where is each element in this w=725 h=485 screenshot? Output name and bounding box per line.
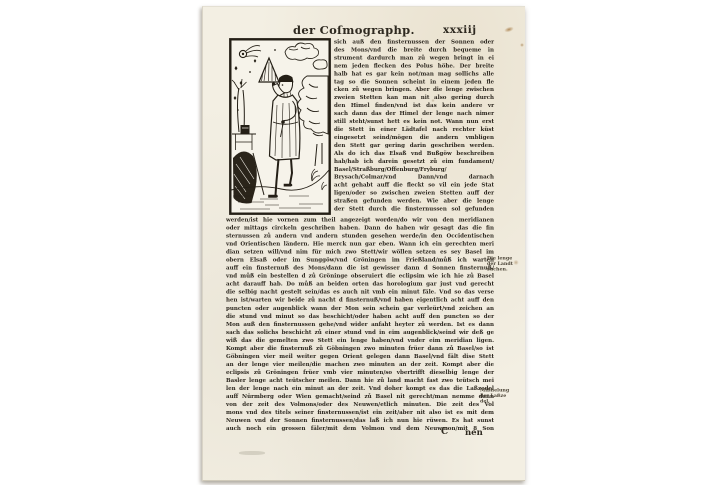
book-page: der Coſmographp. xxxiij (202, 6, 525, 481)
folio-number: xxxiij (443, 24, 477, 36)
signature-mark: C (441, 427, 448, 437)
eclipse-observer-woodcut-illustration (229, 38, 331, 215)
intro-column-text: sich auß den finsternussen der Sonnen od… (334, 38, 494, 213)
foxing-spot (503, 26, 514, 34)
body-text: werden/ist hie vornen zum theil angezeig… (226, 216, 494, 433)
running-header-title: der Coſmographp. (293, 23, 415, 37)
catchword: nen (465, 428, 483, 438)
ink-smudge (239, 451, 265, 455)
scan-background: der Coſmographp. xxxiij (0, 0, 725, 485)
foxing-spot (520, 43, 524, 47)
margin-note-discrepancy: Mißhelung der Laßze del. (480, 388, 520, 404)
margin-note-longitude: Die lenge der Landt suchen. (487, 256, 527, 272)
